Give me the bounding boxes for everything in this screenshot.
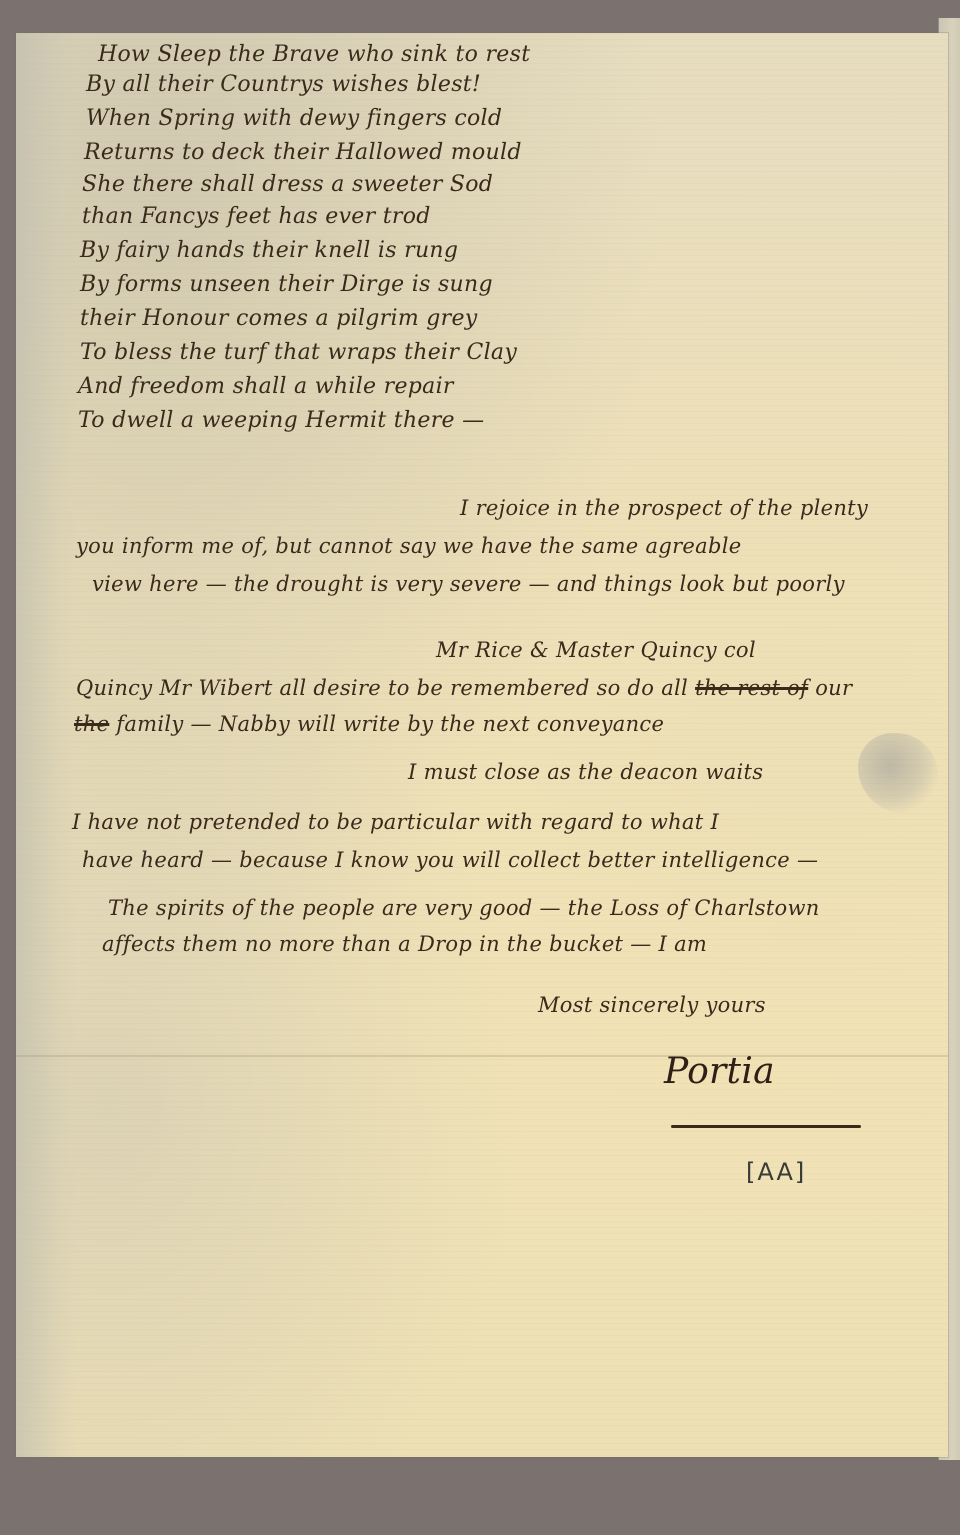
struck-text: the	[74, 712, 109, 736]
poem-line: their Honour comes a pilgrim grey	[80, 305, 478, 332]
struck-text: the rest of	[695, 676, 808, 700]
poem-line: How Sleep the Brave who sink to rest	[98, 41, 530, 68]
water-stain	[858, 733, 938, 813]
poem-line: She there shall dress a sweeter Sod	[82, 171, 493, 198]
letter-line: I rejoice in the prospect of the plenty	[460, 495, 868, 522]
letter-text: our	[815, 676, 852, 700]
poem-line: Returns to deck their Hallowed mould	[84, 139, 522, 166]
archive-attribution-label: [AA]	[746, 1158, 806, 1186]
letter-text: family — Nabby will write by the next co…	[116, 712, 664, 736]
poem-line: than Fancys feet has ever trod	[82, 203, 431, 230]
poem-line: By fairy hands their knell is rung	[80, 237, 458, 264]
poem-line: To dwell a weeping Hermit there —	[78, 407, 484, 434]
letter-line: affects them no more than a Drop in the …	[102, 931, 707, 958]
letter-line: Mr Rice & Master Quincy col	[436, 637, 756, 664]
letter-line: you inform me of, but cannot say we have…	[76, 533, 741, 560]
letter-line: Quincy Mr Wibert all desire to be rememb…	[76, 675, 852, 702]
letter-line: view here — the drought is very severe —…	[92, 571, 845, 598]
closing-salutation: Most sincerely yours	[538, 993, 766, 1017]
poem-line: By all their Countrys wishes blest!	[86, 71, 481, 98]
letter-line: the family — Nabby will write by the nex…	[74, 711, 664, 738]
letter-line: The spirits of the people are very good …	[108, 895, 820, 922]
poem-line: When Spring with dewy fingers cold	[86, 105, 502, 132]
fold-crease	[16, 1055, 948, 1057]
signature: Portia	[664, 1051, 775, 1092]
letter-line: I have not pretended to be particular wi…	[72, 809, 719, 836]
letter-line: have heard — because I know you will col…	[82, 847, 818, 874]
signature-underline	[671, 1125, 861, 1128]
poem-line: By forms unseen their Dirge is sung	[80, 271, 493, 298]
letter-line: I must close as the deacon waits	[408, 759, 763, 786]
letter-text: Quincy Mr Wibert all desire to be rememb…	[76, 676, 688, 700]
paper-discoloration	[16, 33, 76, 1457]
poem-line: And freedom shall a while repair	[78, 373, 454, 400]
poem-line: To bless the turf that wraps their Clay	[80, 339, 517, 366]
letter-page: How Sleep the Brave who sink to rest By …	[16, 33, 948, 1457]
